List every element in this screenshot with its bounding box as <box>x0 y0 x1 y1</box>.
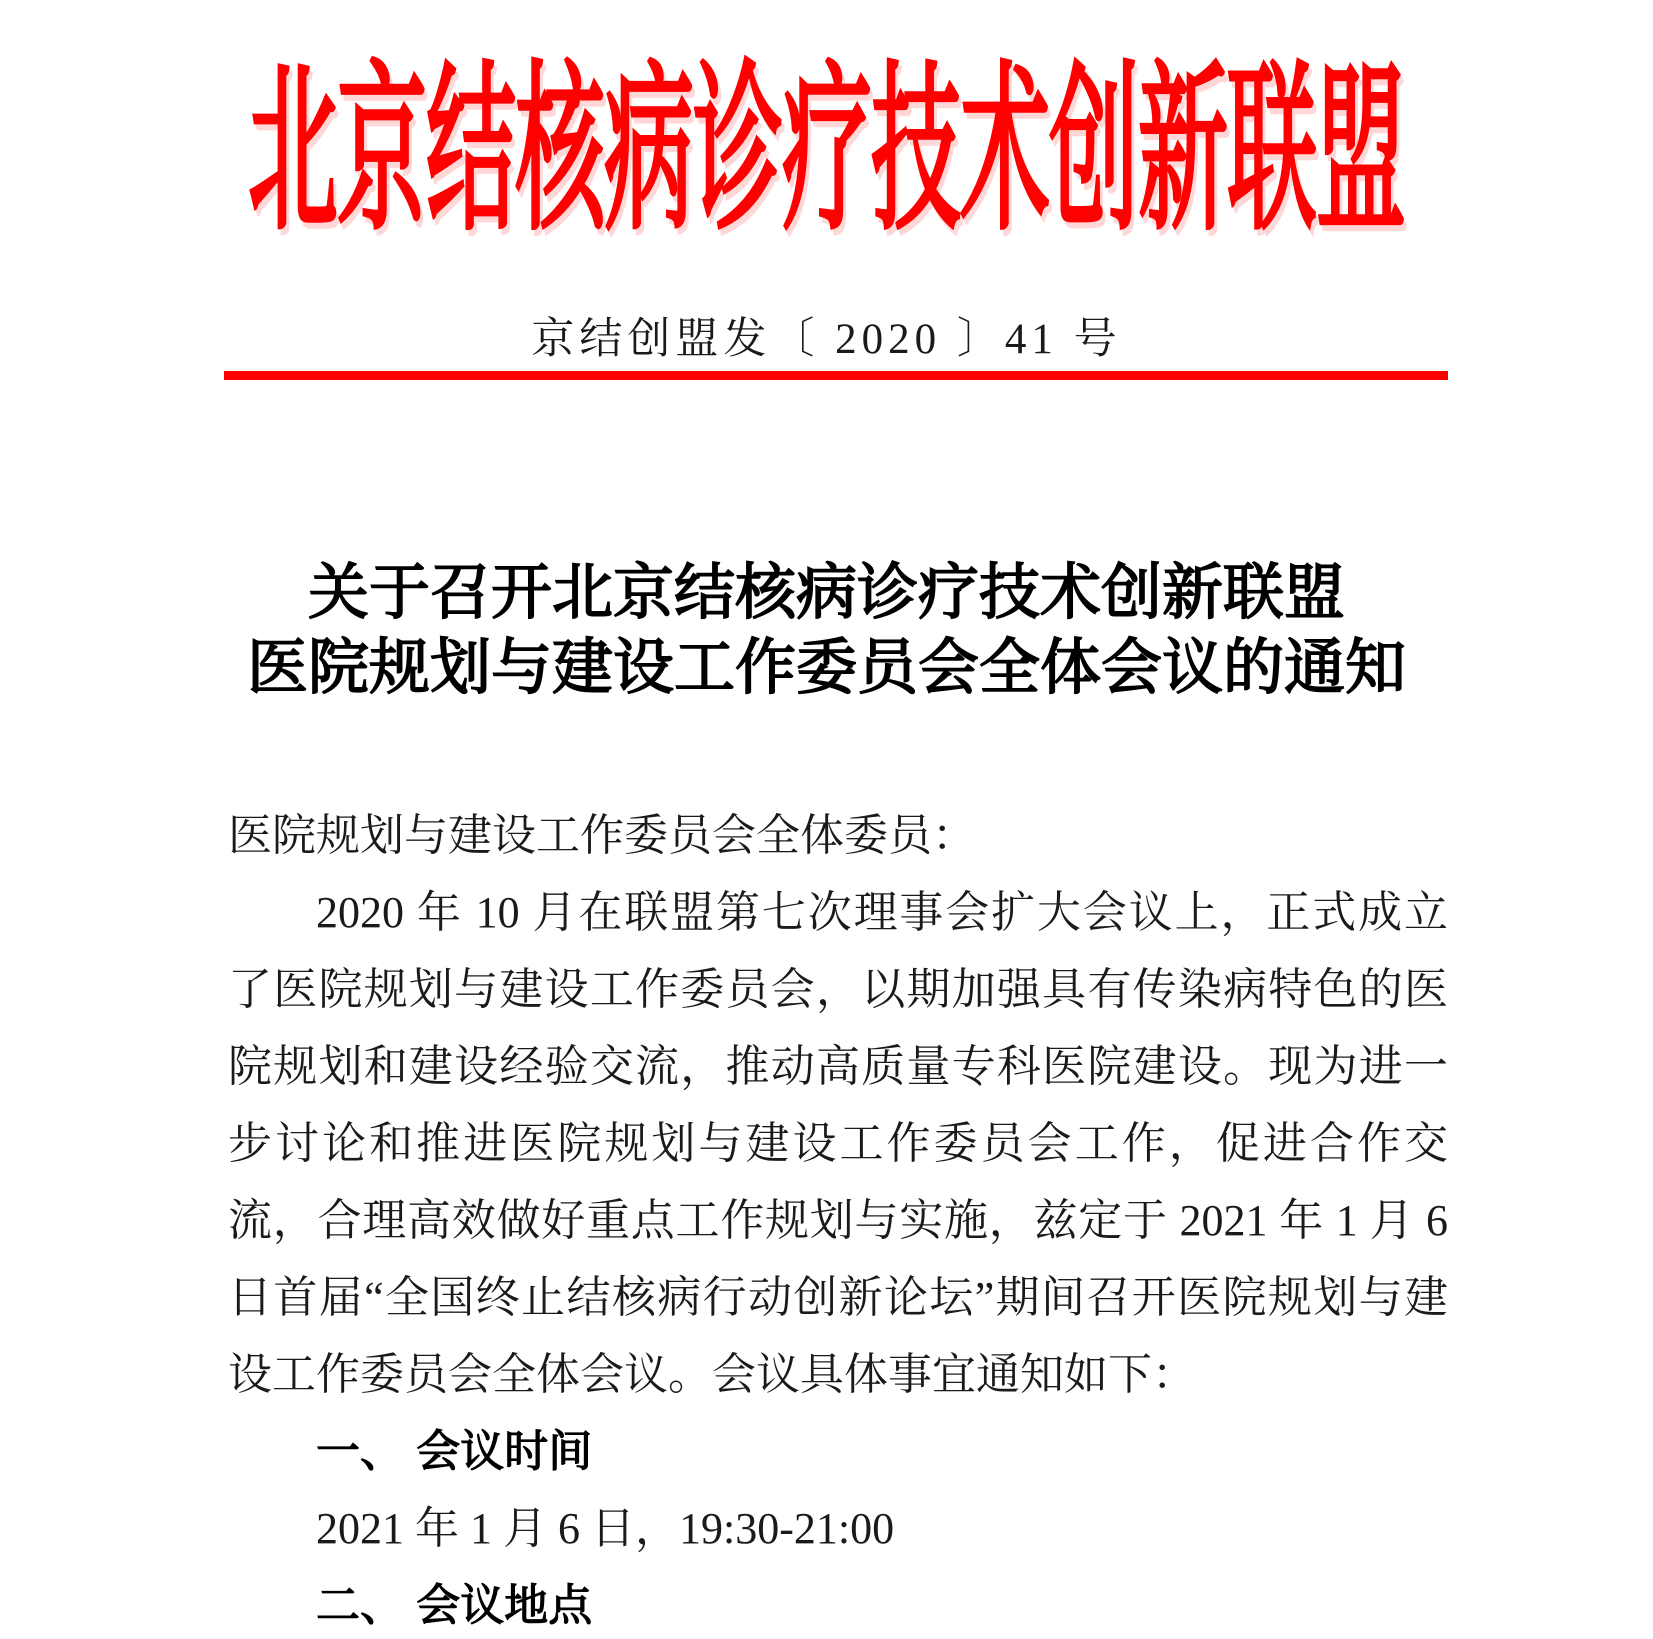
salutation-line: 医院规划与建设工作委员会全体委员： <box>228 797 1448 874</box>
document-body: 医院规划与建设工作委员会全体委员： 2020 年 10 月在联盟第七次理事会扩大… <box>228 797 1448 1639</box>
section-1-heading: 一、 会议时间 <box>228 1413 1448 1490</box>
org-name-header: 北京结核病诊疗技术创新联盟 <box>248 3 1405 266</box>
document-title: 关于召开北京结核病诊疗技术创新联盟 医院规划与建设工作委员会全体会议的通知 <box>100 556 1553 706</box>
section-2-heading: 二、 会议地点 <box>228 1567 1448 1639</box>
document-page: 北京结核病诊疗技术创新联盟 京结创盟发〔 2020 〕41 号 关于召开北京结核… <box>0 0 1653 1639</box>
document-title-line2: 医院规划与建设工作委员会全体会议的通知 <box>247 635 1406 702</box>
intro-paragraph: 2020 年 10 月在联盟第七次理事会扩大会议上，正式成立了医院规划与建设工作… <box>228 874 1448 1413</box>
red-header-banner: 北京结核病诊疗技术创新联盟 <box>0 38 1653 230</box>
document-title-line1: 关于召开北京结核病诊疗技术创新联盟 <box>308 560 1345 627</box>
red-divider-line <box>224 371 1448 380</box>
section-1-content: 2021 年 1 月 6 日，19:30-21:00 <box>228 1490 1448 1567</box>
document-reference-number: 京结创盟发〔 2020 〕41 号 <box>0 305 1653 366</box>
